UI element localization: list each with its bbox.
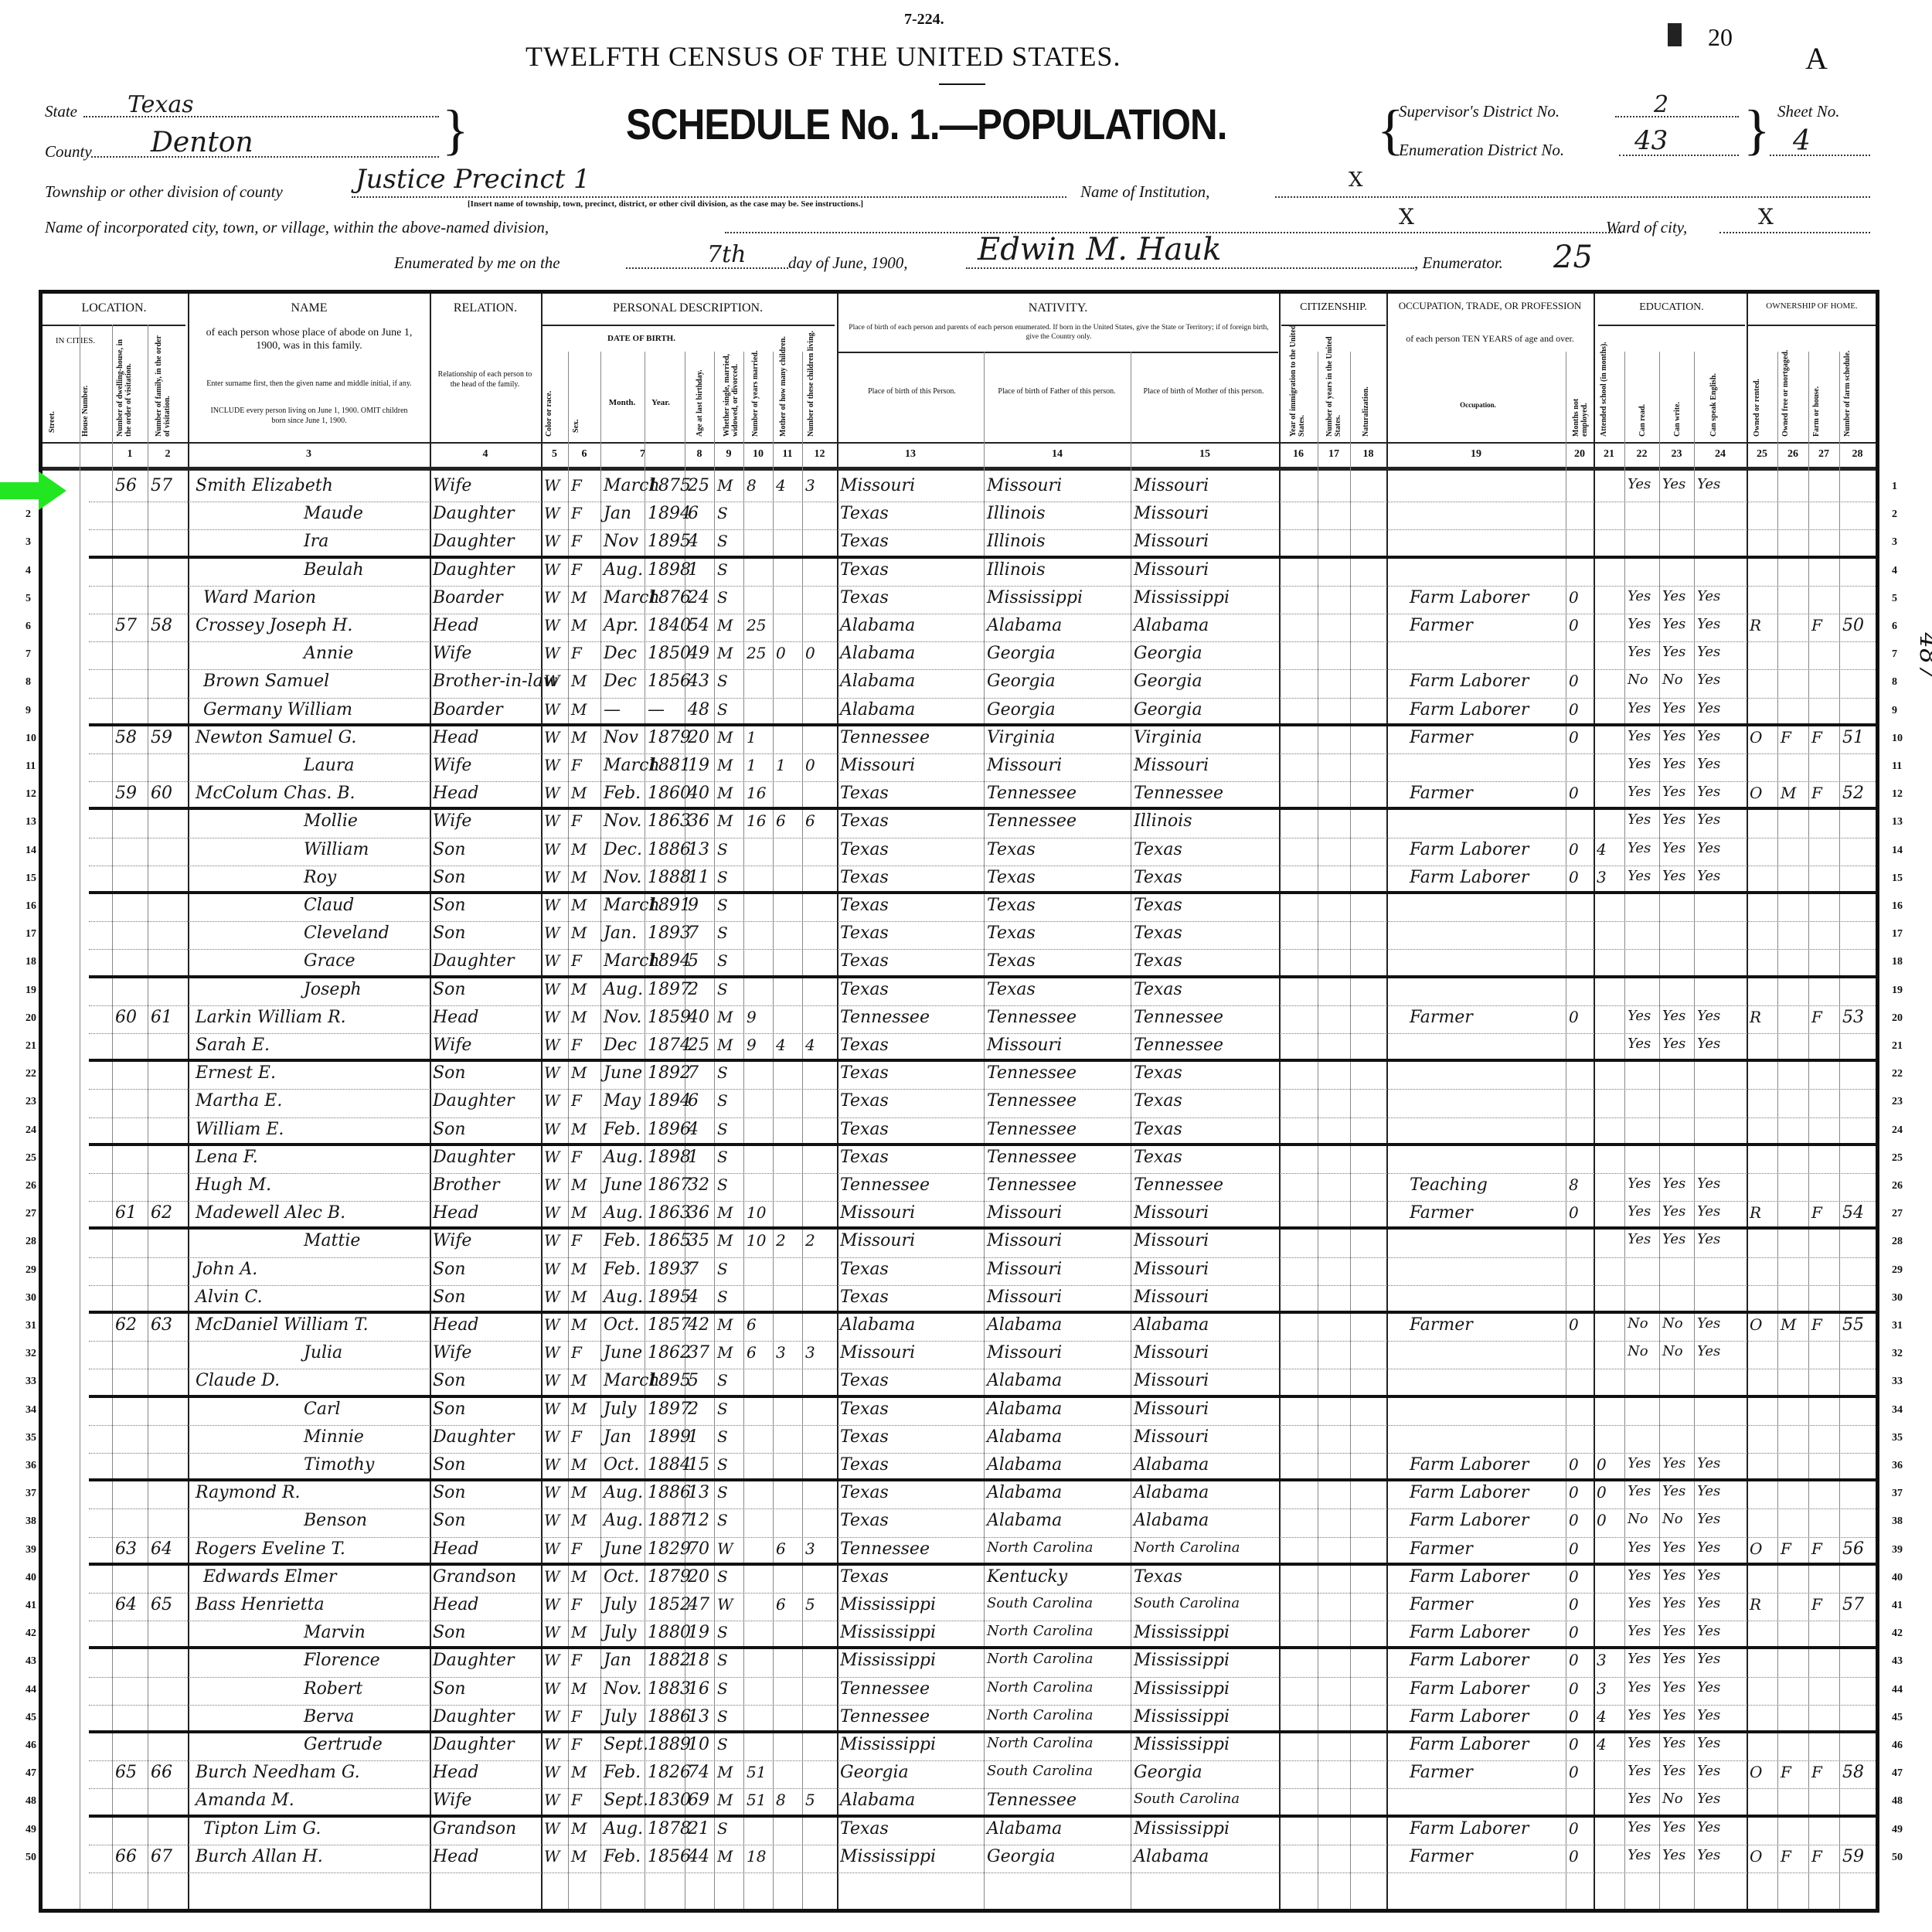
marital-status: S: [717, 1175, 728, 1194]
table-row: 20206061Larkin William R.HeadWMNov.18594…: [43, 1006, 1876, 1034]
race: W: [544, 784, 560, 802]
birthplace-mother: Missouri: [1134, 532, 1209, 551]
dwelling-number: 58: [115, 728, 137, 747]
race: W: [544, 672, 560, 690]
person-name: Larkin William R.: [196, 1008, 346, 1027]
marital-status: S: [717, 1511, 728, 1529]
birthplace-person: Texas: [840, 1148, 889, 1167]
birthplace-mother: Texas: [1134, 868, 1182, 887]
can-write: Yes: [1662, 588, 1685, 604]
header-family-number: Number of family, in the order of visita…: [155, 328, 172, 437]
marital-status: S: [717, 700, 728, 719]
header-house-number: House Number.: [81, 363, 90, 437]
census-title: TWELFTH CENSUS OF THE UNITED STATES.: [526, 40, 1121, 73]
birth-month: Feb.: [604, 1231, 641, 1250]
relation: Boarder: [433, 700, 503, 719]
marital-status: M: [717, 784, 733, 802]
ward-label: Ward of city,: [1606, 218, 1687, 237]
years-married: 18: [747, 1847, 766, 1866]
mother-of-children: 3: [776, 1343, 786, 1362]
can-read: Yes: [1628, 784, 1651, 800]
sex: F: [571, 1148, 582, 1166]
speaks-english: Yes: [1697, 616, 1720, 632]
birth-month: Feb.: [604, 784, 641, 803]
table-row: 99Germany WilliamBoarderWM——48SAlabamaGe…: [43, 699, 1876, 726]
birthplace-father: South Carolina: [987, 1595, 1093, 1611]
marital-status: S: [717, 1651, 728, 1669]
relation: Son: [433, 1511, 466, 1530]
race: W: [544, 896, 560, 914]
can-write: Yes: [1662, 1819, 1685, 1835]
race: W: [544, 1455, 560, 1474]
birthplace-father: Missouri: [987, 1036, 1062, 1055]
birth-year: 1898: [648, 560, 691, 580]
birthplace-person: Texas: [840, 1036, 889, 1055]
farm-house: F: [1811, 1847, 1822, 1866]
table-row: 27276162Madewell Alec B.HeadWMAug.186336…: [43, 1202, 1876, 1230]
age: 42: [688, 1315, 709, 1335]
birthplace-mother: Georgia: [1134, 700, 1202, 719]
birthplace-person: Texas: [840, 784, 889, 803]
header-name-instr1: Enter surname first, then the given name…: [205, 379, 413, 389]
marital-status: S: [717, 1091, 728, 1110]
table-row: 3232JuliaWifeWFJune186237M633MissouriMis…: [43, 1342, 1876, 1369]
occupation: Farmer: [1410, 1539, 1473, 1559]
birthplace-father: Tennessee: [987, 811, 1077, 831]
relation: Head: [433, 1847, 478, 1866]
birthplace-person: Missouri: [840, 1203, 915, 1223]
line-number-left: 50: [26, 1852, 36, 1864]
relation: Head: [433, 1008, 478, 1027]
months-unemployed: 0: [1569, 700, 1579, 719]
occupation: Farm Laborer: [1410, 588, 1529, 607]
race: W: [544, 1231, 560, 1250]
header-attended-school: Attended school (in months).: [1600, 328, 1608, 437]
birthplace-mother: Mississippi: [1134, 1707, 1230, 1726]
birth-year: 1840: [648, 616, 691, 635]
sex: M: [571, 840, 587, 859]
column-number: 20: [1566, 448, 1594, 461]
can-read: Yes: [1628, 728, 1651, 744]
sex: M: [571, 896, 587, 914]
birth-year: 1888: [648, 868, 691, 887]
dwelling-number: 60: [115, 1008, 137, 1027]
birthplace-mother: Missouri: [1134, 476, 1209, 495]
person-name: Tipton Lim G.: [203, 1819, 321, 1838]
birthplace-father: Missouri: [987, 1287, 1062, 1307]
relation: Head: [433, 1595, 478, 1614]
birthplace-mother: Missouri: [1134, 1231, 1209, 1250]
birth-year: 1899: [648, 1427, 691, 1447]
dwelling-number: 62: [115, 1315, 137, 1335]
can-read: Yes: [1628, 1008, 1651, 1024]
line-number-right: 14: [1892, 845, 1903, 857]
free-mortgaged: F: [1781, 728, 1791, 747]
relation: Wife: [433, 1036, 471, 1055]
header-occupation: OCCUPATION, TRADE, OR PROFESSION: [1389, 300, 1590, 311]
owned-rented: O: [1750, 728, 1762, 747]
state-value: Texas: [128, 91, 194, 118]
sex: M: [571, 1175, 587, 1194]
farm-house: F: [1811, 1763, 1822, 1781]
marital-status: S: [717, 588, 728, 607]
occupation: Farm Laborer: [1410, 1819, 1529, 1838]
marital-status: M: [717, 1036, 733, 1054]
rule: [1598, 325, 1745, 326]
brace-left: }: [442, 102, 469, 158]
sex: M: [571, 1063, 587, 1082]
person-name: Smith Elizabeth: [196, 476, 333, 495]
birth-year: 1894: [648, 951, 691, 971]
table-row: 4040Edwards ElmerGrandsonWMOct.187920STe…: [43, 1566, 1876, 1594]
line-number-right: 50: [1892, 1852, 1903, 1864]
header-can-write: Can write.: [1673, 379, 1682, 437]
birth-year: 1867: [648, 1175, 691, 1195]
relation: Head: [433, 616, 478, 635]
header-farm-house: Farm or house.: [1812, 363, 1821, 437]
birth-month: Oct.: [604, 1567, 639, 1587]
family-number: 58: [151, 616, 172, 635]
relation: Wife: [433, 811, 471, 831]
birthplace-person: Texas: [840, 868, 889, 887]
can-read: Yes: [1628, 1763, 1651, 1779]
header-name-desc: of each person whose place of abode on J…: [205, 326, 413, 352]
can-write: Yes: [1662, 1623, 1685, 1639]
line-number-left: 46: [26, 1740, 36, 1752]
person-name: Ward Marion: [203, 588, 316, 607]
township-value: Justice Precinct 1: [355, 164, 590, 195]
family-number: 57: [151, 476, 172, 495]
birth-month: Feb.: [604, 1847, 641, 1866]
person-name: McColum Chas. B.: [196, 784, 355, 803]
months-unemployed: 0: [1569, 840, 1579, 859]
marital-status: M: [717, 1008, 733, 1026]
age: 32: [688, 1175, 709, 1195]
person-name: Newton Samuel G.: [196, 728, 356, 747]
line-number-right: 34: [1892, 1404, 1903, 1417]
sex: F: [571, 1651, 582, 1669]
race: W: [544, 951, 560, 970]
speaks-english: Yes: [1697, 1763, 1720, 1779]
sex: M: [571, 728, 587, 747]
birthplace-mother: Mississippi: [1134, 1735, 1230, 1754]
marital-status: M: [717, 811, 733, 830]
line-number-left: 27: [26, 1208, 36, 1220]
column-number: 25: [1747, 448, 1777, 461]
birthplace-mother: Texas: [1134, 1091, 1182, 1111]
birthplace-father: Texas: [987, 923, 1036, 943]
header-children-living: Number of these children living.: [807, 328, 815, 437]
birthplace-father: Tennessee: [987, 1791, 1077, 1810]
birthplace-person: Alabama: [840, 700, 915, 719]
marital-status: S: [717, 1483, 728, 1502]
occupation: Farm Laborer: [1410, 700, 1529, 719]
marital-status: S: [717, 1735, 728, 1753]
birthplace-father: Missouri: [987, 1260, 1062, 1279]
line-number-left: 29: [26, 1264, 36, 1277]
speaks-english: Yes: [1697, 700, 1720, 716]
birth-year: 1893: [648, 923, 691, 943]
header-can-read: Can read.: [1638, 386, 1647, 437]
can-read: No: [1628, 1511, 1648, 1527]
birthplace-father: North Carolina: [987, 1707, 1094, 1723]
age: 18: [688, 1651, 709, 1670]
can-write: Yes: [1662, 1707, 1685, 1723]
race: W: [544, 476, 560, 495]
header-name: NAME: [189, 301, 429, 315]
free-mortgaged: M: [1781, 1315, 1796, 1334]
age: 2: [688, 1400, 699, 1419]
birth-year: 1893: [648, 1260, 691, 1279]
table-row: 4646GertrudeDaughterWFSept.188910SMissis…: [43, 1733, 1876, 1761]
birth-year: 1830: [648, 1791, 691, 1810]
can-read: No: [1628, 1315, 1648, 1332]
birthplace-father: Virginia: [987, 728, 1056, 747]
birthplace-father: Mississippi: [987, 588, 1083, 607]
line-number-right: 49: [1892, 1824, 1903, 1836]
line-number-right: 32: [1892, 1348, 1903, 1360]
birth-year: 1876: [648, 588, 691, 607]
years-married: 1: [747, 756, 757, 774]
rule: [1748, 325, 1876, 326]
row-rule: [89, 1872, 1876, 1873]
rule: [541, 325, 835, 326]
can-write: Yes: [1662, 1008, 1685, 1024]
line-number-left: 7: [26, 648, 31, 661]
sex: M: [571, 1315, 587, 1334]
birth-month: Aug.: [604, 1148, 643, 1167]
dwelling-number: 63: [115, 1539, 137, 1559]
person-name: Crossey Joseph H.: [196, 616, 352, 635]
schedule-title: SCHEDULE No. 1.—POPULATION.: [626, 99, 1227, 149]
relation: Son: [433, 896, 466, 915]
county-value: Denton: [151, 127, 253, 158]
months-unemployed: 0: [1569, 1595, 1579, 1614]
header-personal-description: PERSONAL DESCRIPTION.: [541, 301, 835, 315]
person-name: Rogers Eveline T.: [196, 1539, 345, 1559]
months-unemployed: 0: [1569, 1763, 1579, 1781]
person-name: Alvin C.: [196, 1287, 263, 1307]
relation: Daughter: [433, 504, 515, 523]
birthplace-mother: Missouri: [1134, 1203, 1209, 1223]
relation: Daughter: [433, 560, 515, 580]
birth-month: Nov.: [604, 1679, 641, 1699]
years-married: 51: [747, 1791, 766, 1809]
speaks-english: Yes: [1697, 728, 1720, 744]
birth-month: Jan: [604, 1651, 631, 1670]
line-number-right: 17: [1892, 928, 1903, 940]
birth-year: 1863: [648, 811, 691, 831]
age: 44: [688, 1847, 709, 1866]
children-living: 3: [805, 476, 815, 495]
months-unemployed: 0: [1569, 784, 1579, 802]
mother-of-children: 6: [776, 811, 786, 830]
birthplace-father: Alabama: [987, 1455, 1062, 1475]
table-row: 4848Amanda M.WifeWFSept.183069M5185Alaba…: [43, 1789, 1876, 1817]
can-write: No: [1662, 1315, 1683, 1332]
person-name: Amanda M.: [196, 1791, 294, 1810]
birthplace-father: North Carolina: [987, 1539, 1094, 1556]
table-row: 2929John A.SonWMFeb.18937STexasMissouriM…: [43, 1258, 1876, 1286]
line-number-right: 24: [1892, 1124, 1903, 1137]
birthplace-person: Tennessee: [840, 1539, 930, 1559]
family-number: 62: [151, 1203, 172, 1223]
birthplace-person: Missouri: [840, 756, 915, 775]
birth-year: 1892: [648, 1063, 691, 1083]
occupation: Farm Laborer: [1410, 1567, 1529, 1587]
race: W: [544, 1091, 560, 1110]
header-mother-of: Mother of how many children.: [779, 328, 787, 437]
line-number-right: 18: [1892, 956, 1903, 968]
can-read: Yes: [1628, 811, 1651, 828]
race: W: [544, 504, 560, 522]
months-unemployed: 8: [1569, 1175, 1579, 1194]
birth-year: 1883: [648, 1679, 691, 1699]
sex: M: [571, 980, 587, 998]
children-living: 2: [805, 1231, 815, 1250]
years-married: 51: [747, 1763, 766, 1781]
age: 1: [688, 560, 699, 580]
speaks-english: Yes: [1697, 1791, 1720, 1807]
birth-month: Nov: [604, 728, 638, 747]
relation: Head: [433, 1203, 478, 1223]
line-number-left: 45: [26, 1712, 36, 1724]
line-number-right: 21: [1892, 1040, 1903, 1053]
can-read: Yes: [1628, 1036, 1651, 1052]
birthplace-person: Mississippi: [840, 1623, 936, 1642]
age: 9: [688, 896, 699, 915]
birthplace-person: Missouri: [840, 1343, 915, 1362]
birthplace-person: Texas: [840, 1400, 889, 1419]
birthplace-father: Tennessee: [987, 1063, 1077, 1083]
person-name: Benson: [304, 1511, 367, 1530]
line-number-left: 24: [26, 1124, 36, 1137]
birth-month: July: [604, 1595, 636, 1614]
person-name: Brown Samuel: [203, 672, 329, 691]
birth-month: Dec: [604, 672, 637, 691]
birth-year: 1857: [648, 1315, 691, 1335]
marital-status: W: [717, 1539, 733, 1558]
table-row: 2121Sarah E.WifeWFDec187425M944TexasMiss…: [43, 1034, 1876, 1062]
rule: [43, 442, 1876, 444]
birth-month: Feb.: [604, 1260, 641, 1279]
birthplace-mother: Alabama: [1134, 1455, 1209, 1475]
speaks-english: Yes: [1697, 1483, 1720, 1499]
birth-year: 1887: [648, 1511, 691, 1530]
table-row: 41416465Bass HenriettaHeadWFJuly185247W6…: [43, 1594, 1876, 1621]
line-number-left: 37: [26, 1488, 36, 1500]
table-row: 77AnnieWifeWFDec185049M2500AlabamaGeorgi…: [43, 642, 1876, 670]
age: 47: [688, 1595, 709, 1614]
children-living: 3: [805, 1343, 815, 1362]
person-name: Carl: [304, 1400, 341, 1419]
months-unemployed: 0: [1569, 1623, 1579, 1641]
birth-year: 1856: [648, 1847, 691, 1866]
birthplace-mother: Tennessee: [1134, 1175, 1223, 1195]
race: W: [544, 1175, 560, 1194]
occupation: Farmer: [1410, 1008, 1473, 1027]
children-living: 6: [805, 811, 815, 830]
line-number-left: 22: [26, 1068, 36, 1080]
table-row: 3434CarlSonWMJuly18972STexasAlabamaMisso…: [43, 1398, 1876, 1426]
owned-rented: O: [1750, 1539, 1762, 1558]
birthplace-mother: Alabama: [1134, 1483, 1209, 1502]
owned-rented: O: [1750, 1315, 1762, 1334]
farm-house: F: [1811, 1315, 1822, 1334]
birthplace-mother: Georgia: [1134, 644, 1202, 663]
sex: F: [571, 560, 582, 579]
marital-status: M: [717, 1203, 733, 1222]
line-number-right: 30: [1892, 1292, 1903, 1304]
birthplace-person: Texas: [840, 588, 889, 607]
enumerator-label: , Enumerator.: [1414, 253, 1503, 273]
age: 19: [688, 756, 709, 775]
birthplace-father: Alabama: [987, 1511, 1062, 1530]
table-row: 1414WilliamSonWMDec.188613STexasTexasTex…: [43, 838, 1876, 866]
person-name: Mollie: [304, 811, 358, 831]
occupation: Teaching: [1410, 1175, 1488, 1195]
race: W: [544, 923, 560, 942]
birthplace-person: Texas: [840, 504, 889, 523]
line-number-right: 42: [1892, 1628, 1903, 1640]
speaks-english: Yes: [1697, 1707, 1720, 1723]
years-married: 9: [747, 1036, 757, 1054]
relation: Brother-in-law: [433, 672, 558, 691]
birth-year: 1878: [648, 1819, 691, 1838]
age: 5: [688, 951, 699, 971]
birthplace-mother: Missouri: [1134, 504, 1209, 523]
birthplace-person: Texas: [840, 1260, 889, 1279]
occupation: Farm Laborer: [1410, 1707, 1529, 1726]
county-label: County: [45, 142, 92, 162]
school-months: 3: [1597, 1679, 1607, 1698]
sex: M: [571, 1763, 587, 1781]
farm-house: F: [1811, 1539, 1822, 1558]
supervisor-field-line: [1615, 116, 1739, 117]
marital-status: S: [717, 1400, 728, 1418]
form-number: 7-224.: [904, 11, 944, 29]
enumerated-prefix: Enumerated by me on the: [394, 253, 560, 273]
birth-month: Dec.: [604, 840, 642, 859]
line-number-left: 49: [26, 1824, 36, 1836]
birth-year: 1863: [648, 1203, 691, 1223]
line-number-left: 36: [26, 1460, 36, 1472]
age: 36: [688, 811, 709, 831]
age: 4: [688, 1120, 699, 1139]
birthplace-father: Missouri: [987, 1203, 1062, 1223]
table-row: 44BeulahDaughterWFAug.18981STexasIllinoi…: [43, 559, 1876, 587]
row-pointer-arrow-head: [39, 471, 66, 510]
can-write: Yes: [1662, 1679, 1685, 1696]
race: W: [544, 1651, 560, 1669]
age: 35: [688, 1231, 709, 1250]
speaks-english: Yes: [1697, 644, 1720, 660]
marital-status: S: [717, 1120, 728, 1138]
table-row: 1313MollieWifeWFNov.186336M1666TexasTenn…: [43, 810, 1876, 838]
occupation: Farmer: [1410, 1203, 1473, 1223]
speaks-english: Yes: [1697, 756, 1720, 772]
can-write: Yes: [1662, 1847, 1685, 1863]
birth-year: 1897: [648, 1400, 691, 1419]
birthplace-mother: Texas: [1134, 980, 1182, 999]
sex: M: [571, 1455, 587, 1474]
birthplace-person: Tennessee: [840, 1707, 930, 1726]
occupation: Farmer: [1410, 1847, 1473, 1866]
owned-rented: O: [1750, 1763, 1762, 1781]
birthplace-person: Texas: [840, 1511, 889, 1530]
column-number: 28: [1839, 448, 1876, 461]
birthplace-person: Mississippi: [840, 1735, 936, 1754]
